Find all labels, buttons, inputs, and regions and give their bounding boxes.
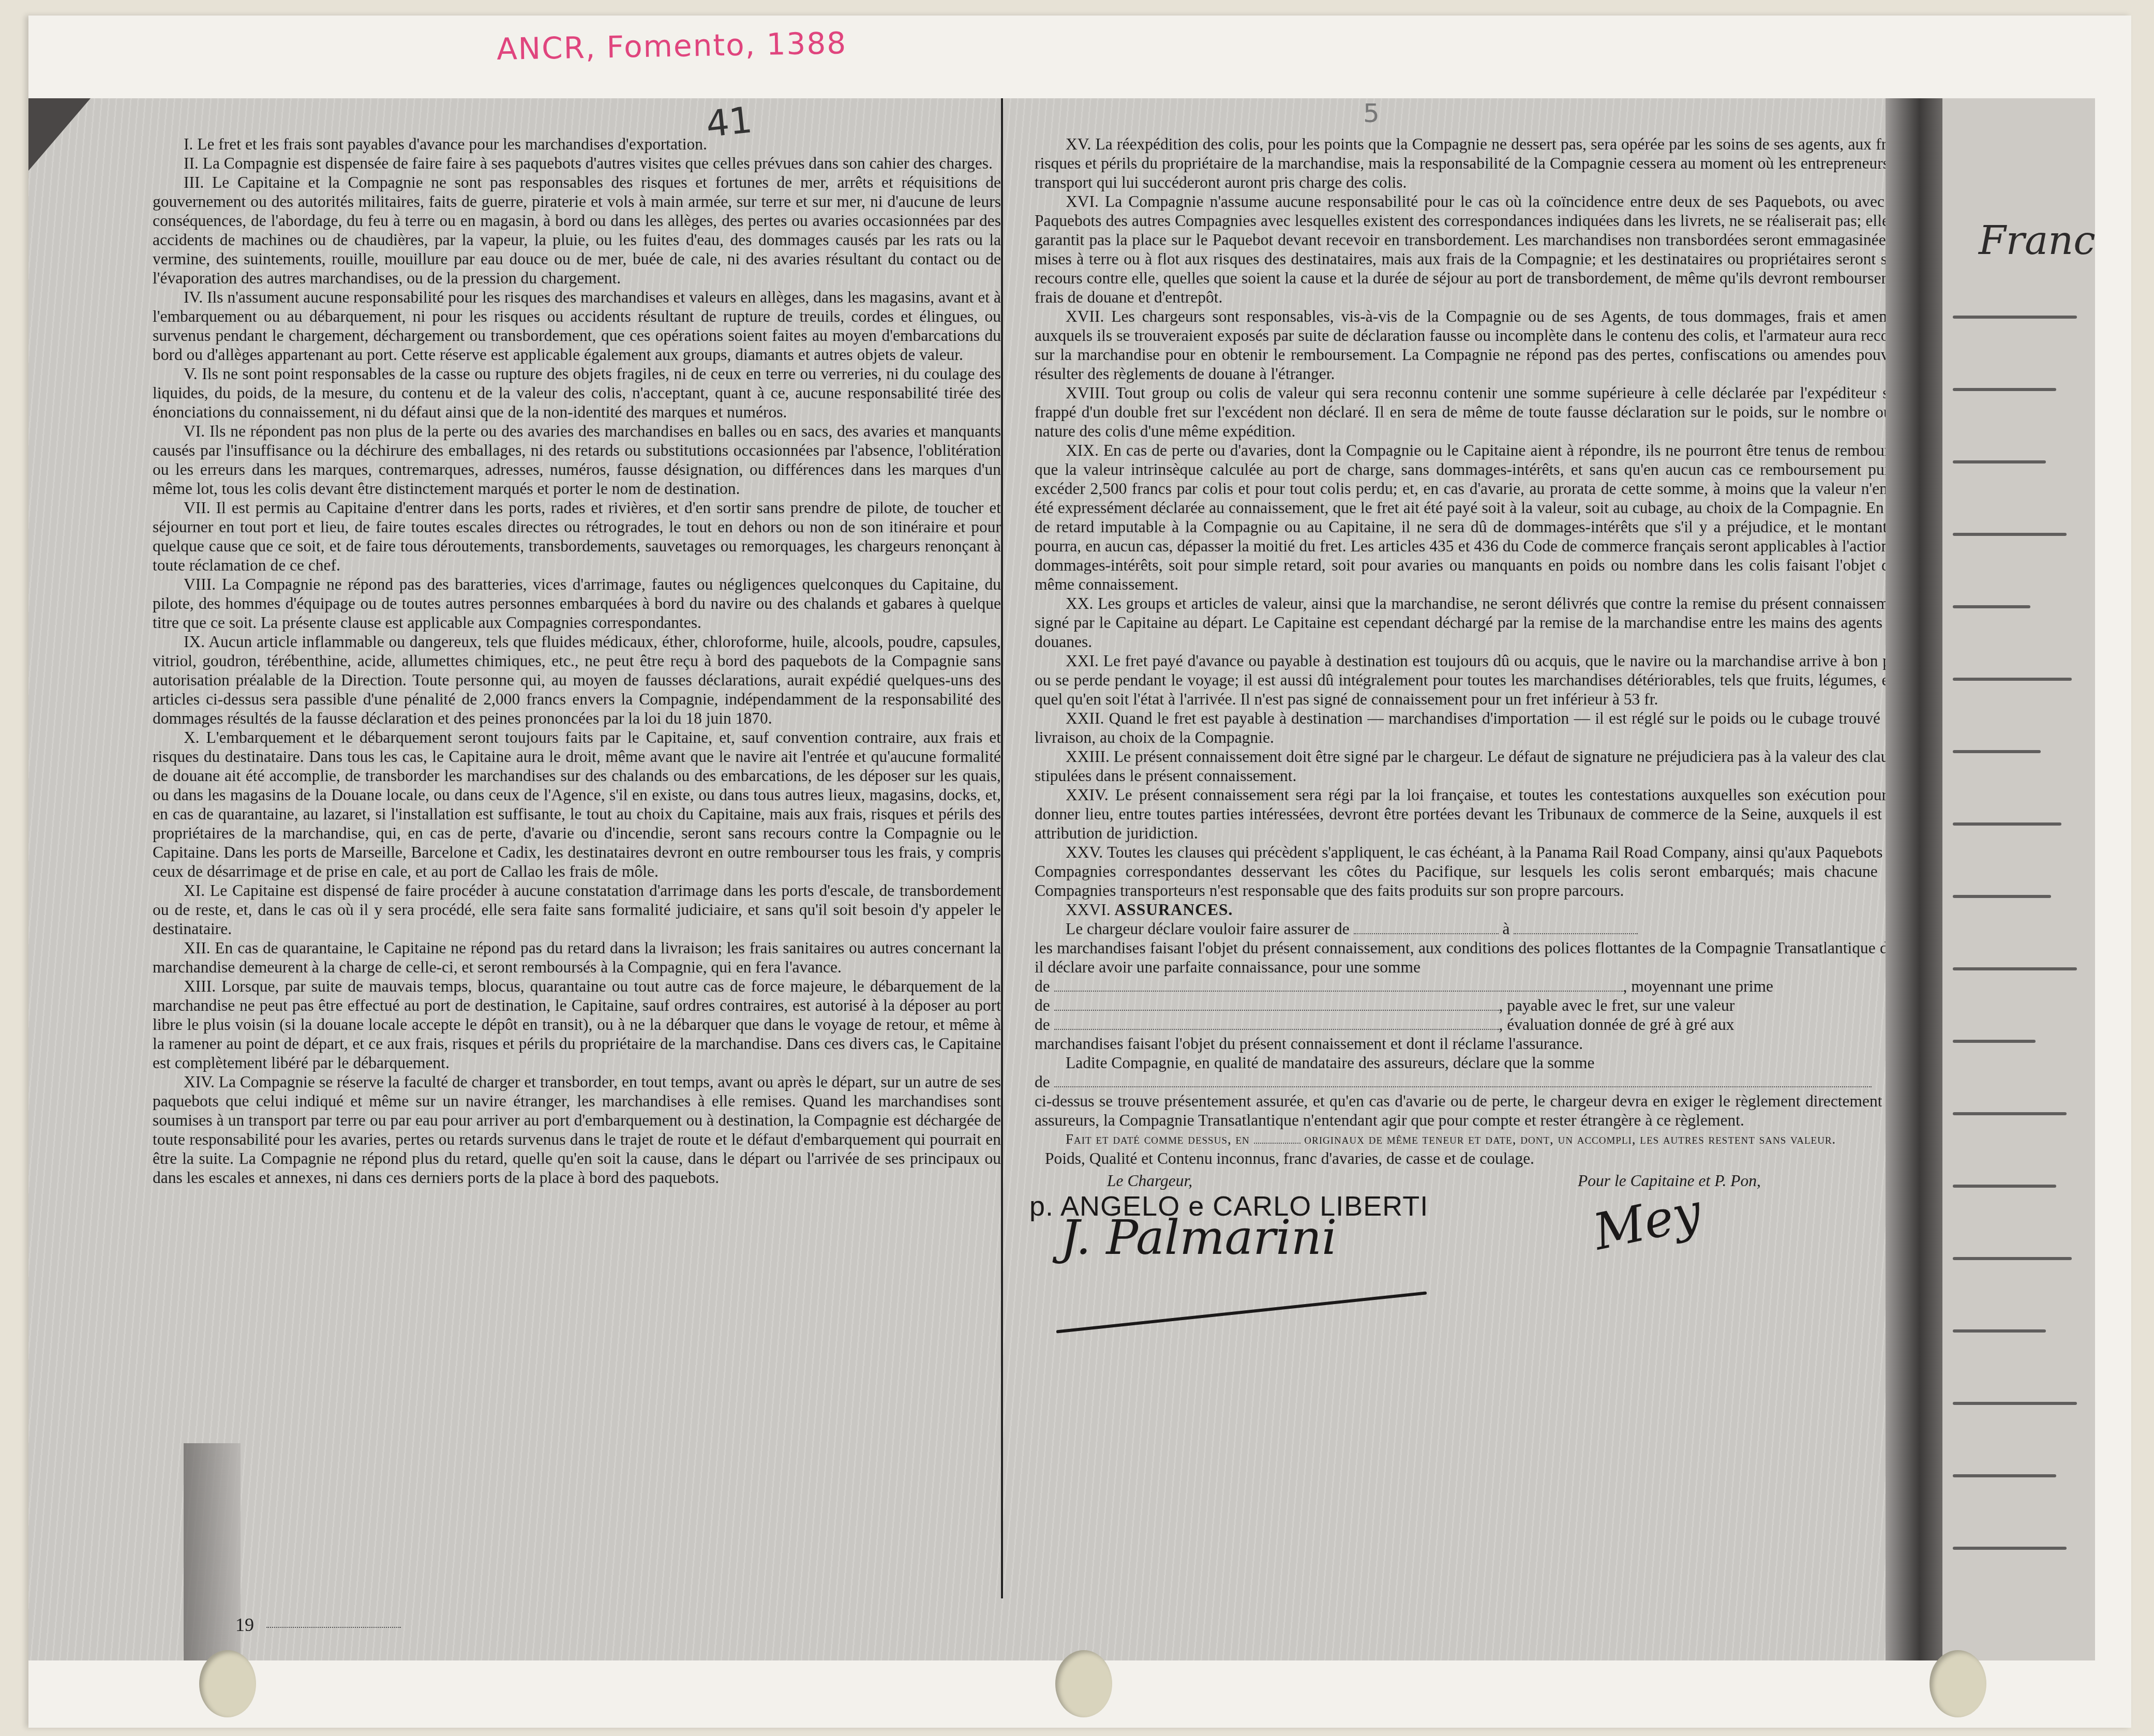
handwritten-line bbox=[1953, 1257, 2072, 1260]
clause: XX. Les groups et articles de valeur, ai… bbox=[1035, 594, 1909, 651]
handwritten-line bbox=[1953, 822, 2061, 826]
handwritten-line bbox=[1953, 1329, 2046, 1333]
clause: I. Le fret et les frais sont payables d'… bbox=[153, 134, 1001, 154]
poids-line: Poids, Qualité et Contenu inconnus, fran… bbox=[1035, 1149, 1909, 1168]
torn-edge bbox=[184, 1443, 241, 1660]
column-divider bbox=[1001, 98, 1003, 1598]
insurance-sum-line: de , moyennant une prime bbox=[1035, 977, 1909, 996]
archive-annotation: ANCR, Fomento, 1388 bbox=[496, 25, 847, 67]
left-column-clauses: I. Le fret et les frais sont payables d'… bbox=[153, 134, 1001, 1187]
signature-block: Le Chargeur, Pour le Capitaine et P. Pon… bbox=[1035, 1171, 1909, 1342]
insurance-line-end: marchandises faisant l'objet du présent … bbox=[1035, 1034, 1909, 1053]
binder-hole bbox=[199, 1650, 256, 1717]
clause: VI. Ils ne répondent pas non plus de la … bbox=[153, 422, 1001, 498]
clause: IX. Aucun article inflammable ou dangere… bbox=[153, 632, 1001, 728]
insurance-insured-sum-line: de bbox=[1035, 1072, 1909, 1091]
binder-hole bbox=[1929, 1650, 1986, 1717]
clause: II. La Compagnie est dispensée de faire … bbox=[153, 154, 1001, 173]
handwritten-line bbox=[1953, 605, 2030, 608]
insurance-heading-number: XXVI. bbox=[1066, 901, 1111, 919]
insurance-to-field[interactable] bbox=[1514, 933, 1638, 934]
signature-flourish bbox=[1056, 1291, 1427, 1333]
page-number: 19 bbox=[235, 1614, 254, 1636]
handwritten-line bbox=[1953, 1402, 2077, 1405]
insurance-sum-field[interactable] bbox=[1054, 991, 1623, 992]
handwritten-line bbox=[1953, 1547, 2067, 1550]
insurance-heading: XXVI. ASSURANCES. bbox=[1035, 900, 1909, 919]
insurance-value-field[interactable] bbox=[1054, 1029, 1499, 1030]
insurance-conditions: les marchandises faisant l'objet du prés… bbox=[1035, 938, 1909, 977]
de-label: de bbox=[1035, 996, 1050, 1014]
clause: XVII. Les chargeurs sont responsables, v… bbox=[1035, 307, 1909, 383]
insurance-closing: ci-dessus se trouve présentement assurée… bbox=[1035, 1091, 1909, 1130]
originals-count-field[interactable] bbox=[1254, 1143, 1300, 1144]
page-number-line bbox=[266, 1627, 401, 1628]
binder-hole bbox=[1055, 1650, 1112, 1717]
insurance-text: , moyennant une prime bbox=[1623, 977, 1773, 995]
insurance-line-1: Le chargeur déclare vouloir faire assure… bbox=[1035, 919, 1909, 938]
handwritten-line bbox=[1953, 316, 2077, 319]
clause: XXV. Toutes les clauses qui précèdent s'… bbox=[1035, 843, 1909, 900]
fait-text: Fait et daté comme dessus, en bbox=[1066, 1131, 1250, 1147]
binding-shadow bbox=[1886, 98, 1942, 1660]
handwritten-line bbox=[1953, 750, 2041, 753]
insurance-heading-text: ASSURANCES. bbox=[1115, 901, 1233, 919]
chargeur-label: Le Chargeur, bbox=[1107, 1171, 1192, 1190]
clause: XXII. Quand le fret est payable à destin… bbox=[1035, 709, 1909, 747]
clause: X. L'embarquement et le débarquement ser… bbox=[153, 728, 1001, 881]
handwritten-line bbox=[1953, 1185, 2056, 1188]
clause: XVIII. Tout group ou colis de valeur qui… bbox=[1035, 383, 1909, 441]
de-label: de bbox=[1035, 1015, 1050, 1034]
insurance-text: , payable avec le fret, sur une valeur bbox=[1499, 996, 1735, 1014]
handwritten-title: Franci bbox=[1979, 217, 2095, 263]
insurance-from-field[interactable] bbox=[1354, 933, 1499, 934]
fait-line: Fait et daté comme dessus, en originaux … bbox=[1035, 1130, 1909, 1149]
clause: XI. Le Capitaine est dispensé de faire p… bbox=[153, 881, 1001, 938]
folio-mark-right: 5 bbox=[1363, 98, 1380, 128]
insurance-ladite: Ladite Compagnie, en qualité de mandatai… bbox=[1035, 1053, 1909, 1072]
fait-text: originaux de même teneur et date, dont, … bbox=[1304, 1131, 1836, 1147]
insured-sum-field[interactable] bbox=[1054, 1086, 1872, 1087]
handwritten-line bbox=[1953, 895, 2051, 898]
handwritten-line bbox=[1953, 533, 2067, 536]
handwritten-line bbox=[1953, 460, 2046, 463]
clause: V. Ils ne sont point responsables de la … bbox=[153, 364, 1001, 422]
folded-corner bbox=[28, 98, 91, 171]
insurance-text: , évaluation donnée de gré à gré aux bbox=[1499, 1015, 1734, 1034]
shipper-signature: J. Palmarini bbox=[1060, 1228, 1337, 1247]
handwritten-line bbox=[1953, 1474, 2056, 1477]
insurance-text: à bbox=[1502, 920, 1509, 938]
insurance-text: Le chargeur déclare vouloir faire assure… bbox=[1066, 920, 1350, 938]
clause: XXIII. Le présent connaissement doit êtr… bbox=[1035, 747, 1909, 785]
de-label: de bbox=[1035, 1073, 1050, 1091]
insurance-premium-line: de , payable avec le fret, sur une valeu… bbox=[1035, 996, 1909, 1015]
clause: XXI. Le fret payé d'avance ou payable à … bbox=[1035, 651, 1909, 709]
captain-signature: Mey bbox=[1592, 1202, 1702, 1243]
clause: XXIV. Le présent connaissement sera régi… bbox=[1035, 785, 1909, 843]
handwritten-line bbox=[1953, 678, 2072, 681]
clause: XV. La réexpédition des colis, pour les … bbox=[1035, 134, 1909, 192]
clause: XIV. La Compagnie se réserve la faculté … bbox=[153, 1072, 1001, 1187]
handwritten-line bbox=[1953, 1112, 2067, 1115]
document-photocopy: 41 5 I. Le fret et les frais sont payabl… bbox=[28, 98, 2095, 1660]
handwritten-page-strip: Franci bbox=[1942, 98, 2095, 1660]
insurance-value-line: de , évaluation donnée de gré à gré aux bbox=[1035, 1015, 1909, 1034]
de-label: de bbox=[1035, 977, 1050, 995]
clause: XII. En cas de quarantaine, le Capitaine… bbox=[153, 938, 1001, 977]
clause: XVI. La Compagnie n'assume aucune respon… bbox=[1035, 192, 1909, 307]
handwritten-line bbox=[1953, 388, 2056, 391]
clause: III. Le Capitaine et la Compagnie ne son… bbox=[153, 173, 1001, 288]
clause: IV. Ils n'assument aucune responsabilité… bbox=[153, 288, 1001, 364]
right-column-clauses: XV. La réexpédition des colis, pour les … bbox=[1035, 134, 1909, 1342]
clause: VIII. La Compagnie ne répond pas des bar… bbox=[153, 575, 1001, 632]
handwritten-line bbox=[1953, 967, 2077, 970]
insurance-premium-field[interactable] bbox=[1054, 1010, 1499, 1011]
clause: VII. Il est permis au Capitaine d'entrer… bbox=[153, 498, 1001, 575]
handwritten-line bbox=[1953, 1040, 2036, 1043]
clause: XIX. En cas de perte ou d'avaries, dont … bbox=[1035, 441, 1909, 594]
clause: XIII. Lorsque, par suite de mauvais temp… bbox=[153, 977, 1001, 1072]
